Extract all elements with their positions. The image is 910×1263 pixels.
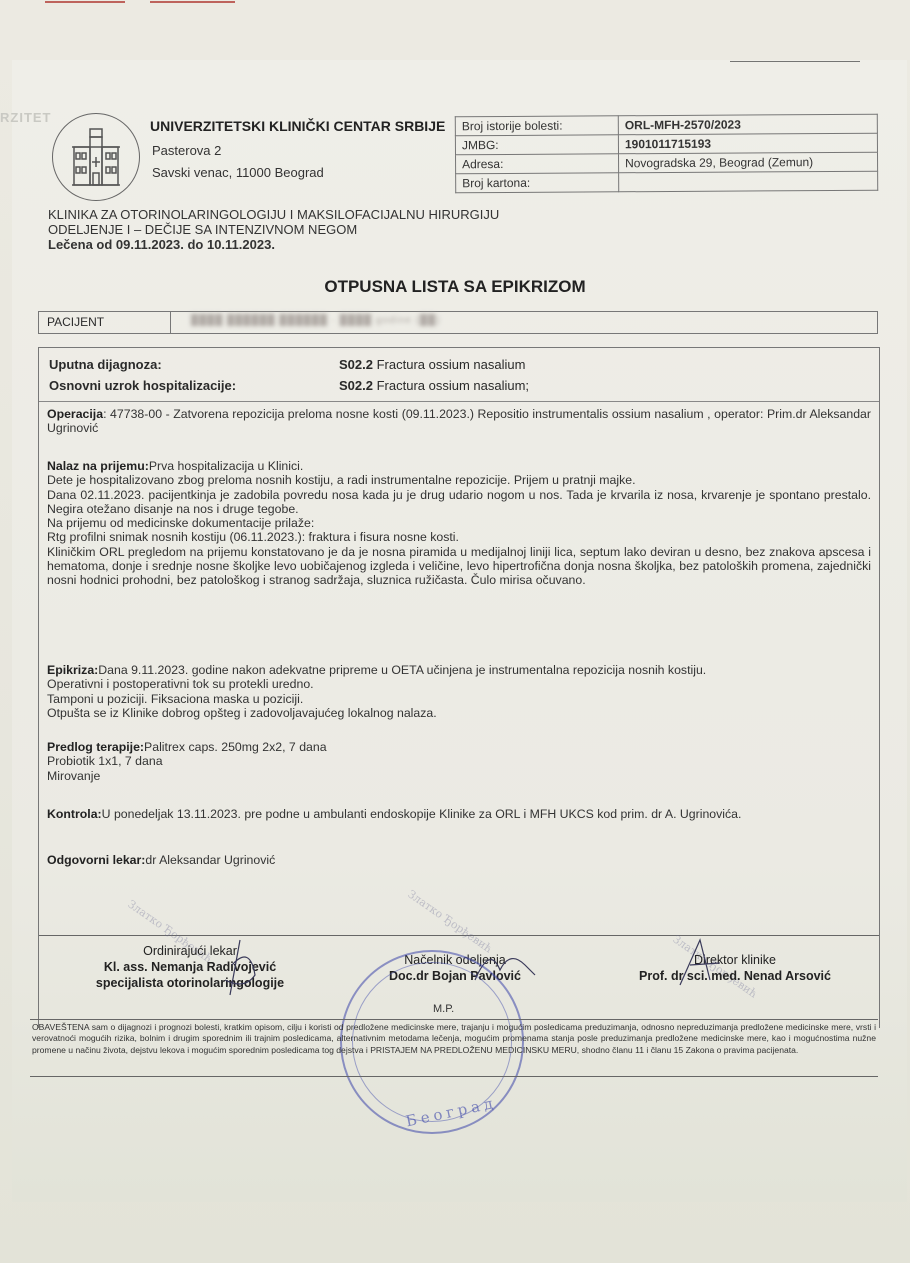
treatment-period: Lečena od 09.11.2023. do 10.11.2023. [48,237,499,252]
jmbg-value: 1901011715193 [618,133,877,154]
operation-label: Operacija [47,407,103,421]
diagnosis-text: Fractura ossium nasalium [373,357,525,372]
history-number-label: Broj istorije bolesti: [455,116,618,136]
hospitalization-cause-label: Osnovni uzrok hospitalizacije: [49,378,329,393]
admission-findings-section: Nalaz na prijemu:Prva hospitalizacija u … [47,459,871,588]
table-row: Adresa: Novogradska 29, Beograd (Zemun) [456,152,878,174]
follow-up-text: U ponedeljak 13.11.2023. pre podne u amb… [102,807,742,821]
clinic-name: KLINIKA ZA OTORINOLARINGOLOGIJU I MAKSIL… [48,207,499,222]
epicrisis-section: Epikriza:Dana 9.11.2023. godine nakon ad… [47,663,871,720]
therapy-line: Mirovanje [47,769,871,783]
therapy-line: Probiotik 1x1, 7 dana [47,754,871,768]
therapy-label: Predlog terapije: [47,740,144,754]
address-value: Novogradska 29, Beograd (Zemun) [619,152,878,173]
therapy-line: Palitrex caps. 250mg 2x2, 7 dana [144,740,327,754]
epicrisis-line: Operativni i postoperativni tok su prote… [47,677,871,691]
clinic-block: KLINIKA ZA OTORINOLARINGOLOGIJU I MAKSIL… [48,207,499,252]
hospitalization-cause-value: S02.2 Fractura ossium nasalium; [339,378,839,393]
consent-tail: , shodno članu 11 i članu 15 Zakona o pr… [577,1045,799,1055]
responsible-doctor-label: Odgovorni lekar: [47,853,145,867]
document-title: OTPUSNA LISTA SA EPIKRIZOM [0,277,910,297]
admission-line: Kliničkim ORL pregledom na prijemu konst… [47,545,871,588]
paper-edge-mark [45,1,125,3]
divider [39,401,879,402]
table-row: Broj istorije bolesti: ORL-MFH-2570/2023 [455,114,877,136]
patient-name-redacted: ████ ██████ ██████ · ████ godine (██) [171,312,461,333]
admission-line: Prva hospitalizacija u Klinici. [149,459,303,473]
follow-up-section: Kontrola:U ponedeljak 13.11.2023. pre po… [47,807,871,821]
referral-diagnosis-value: S02.2 Fractura ossium nasalium [339,357,839,372]
institution-address-street: Pasterova 2 [152,143,221,158]
epicrisis-line: Tamponi u poziciji. Fiksaciona maska u p… [47,692,871,706]
signature-attending-doctor: Ordinirajući lekar Kl. ass. Nemanja Radi… [40,943,340,991]
epicrisis-line: Otpušta se iz Klinike dobrog opšteg i za… [47,706,871,720]
patient-label: PACIJENT [39,312,171,333]
signature-name: Prof. dr sci. med. Nenad Arsović [600,968,870,984]
admission-line: Rtg profilni snimak nosnih kostiju (06.1… [47,530,871,544]
admission-line: Na prijemu od medicinske dokumentacije p… [47,516,871,530]
responsible-doctor-name: dr Aleksandar Ugrinović [145,853,275,867]
responsible-doctor-section: Odgovorni lekar:dr Aleksandar Ugrinović [47,853,871,867]
operation-section: Operacija: 47738-00 - Zatvorena repozici… [47,407,871,436]
watermark-text: RZITET [0,110,52,125]
card-number-label: Broj kartona: [456,173,619,193]
patient-info-table: Broj istorije bolesti: ORL-MFH-2570/2023… [455,114,878,194]
operation-text: : 47738-00 - Zatvorena repozicija prelom… [47,407,871,435]
signature-title: specijalista otorinolaringologije [40,975,340,991]
patient-row: PACIJENT ████ ██████ ██████ · ████ godin… [38,311,878,334]
jmbg-label: JMBG: [455,135,618,155]
follow-up-label: Kontrola: [47,807,102,821]
admission-line: Dete je hospitalizovano zbog preloma nos… [47,473,871,487]
card-number-value [619,171,878,192]
stamp-mp-label: M.P. [433,1003,454,1015]
history-number-value: ORL-MFH-2570/2023 [618,114,877,135]
signature-clinic-director: Direktor klinike Prof. dr sci. med. Nena… [600,952,870,984]
diagnosis-code: S02.2 [339,357,373,372]
signature-role: Načelnik odeljenja [320,952,590,968]
consent-lead: OBAVEŠTENA [32,1022,89,1032]
table-row: Broj kartona: [456,171,878,193]
paper-edge-mark [150,1,235,3]
signature-name: Doc.dr Bojan Pavlović [320,968,590,984]
signature-role: Direktor klinike [600,952,870,968]
paper-edge-mark [730,61,860,62]
consent-agreement: PRISTAJEM NA PREDLOŽENU MEDICINSKU MERU [370,1045,577,1055]
epicrisis-label: Epikriza: [47,663,98,677]
referral-diagnosis-label: Uputna dijagnoza: [49,357,329,372]
department-name: ODELJENJE I – DEČIJE SA INTENZIVNOM NEGO… [48,222,499,237]
signature-department-head: Načelnik odeljenja Doc.dr Bojan Pavlović [320,952,590,984]
admission-line: Dana 02.11.2023. pacijentkinja je zadobi… [47,488,871,517]
admission-findings-label: Nalaz na prijemu: [47,459,149,473]
institution-address-city: Savski venac, 11000 Beograd [152,165,324,180]
epicrisis-line: Dana 9.11.2023. godine nakon adekvatne p… [98,663,706,677]
diagnosis-text: Fractura ossium nasalium; [373,378,529,393]
signature-name: Kl. ass. Nemanja Radivojević [40,959,340,975]
diagnosis-code: S02.2 [339,378,373,393]
therapy-section: Predlog terapije:Palitrex caps. 250mg 2x… [47,740,871,783]
hospital-building-logo-icon [52,113,140,201]
institution-name: UNIVERZITETSKI KLINIČKI CENTAR SRBIJE [150,118,445,134]
address-label: Adresa: [456,154,619,174]
signature-role: Ordinirajući lekar [40,943,340,959]
table-row: JMBG: 1901011715193 [455,133,877,155]
patient-consent-notice: OBAVEŠTENA sam o dijagnozi i prognozi bo… [30,1019,878,1077]
